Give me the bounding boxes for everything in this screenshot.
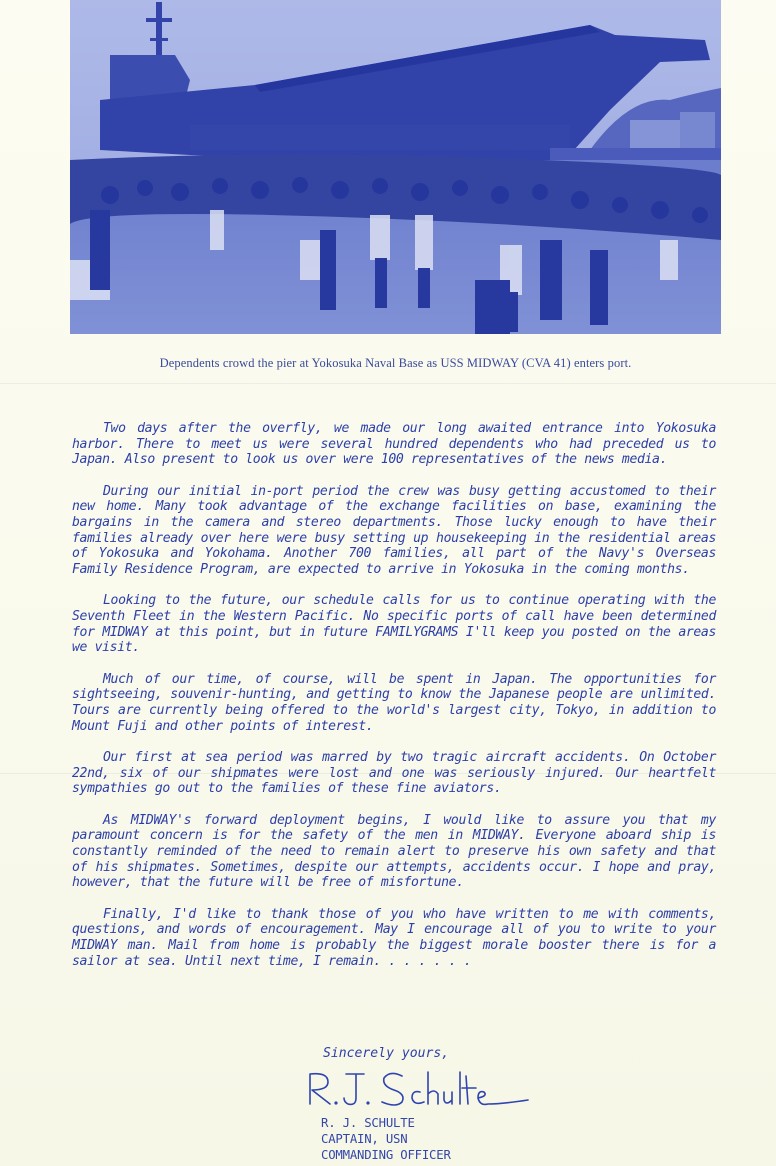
letter-page: Dependents crowd the pier at Yokosuka Na… (0, 0, 776, 1166)
paragraph-accidents: Our first at sea period was marred by tw… (72, 750, 716, 797)
photo-image-icon (70, 0, 721, 334)
paper-fold-line (0, 383, 776, 384)
paragraph-in-port: During our initial in-port period the cr… (72, 484, 716, 578)
signer-title: COMMANDING OFFICER (321, 1147, 451, 1163)
paragraph-safety: As MIDWAY's forward deployment begins, I… (72, 813, 716, 891)
paragraph-arrival: Two days after the overfly, we made our … (72, 421, 716, 468)
signature-icon (302, 1066, 532, 1114)
signer-name: R. J. SCHULTE (321, 1115, 451, 1131)
carrier-photo (70, 0, 721, 334)
paragraph-thanks: Finally, I'd like to thank those of you … (72, 907, 716, 969)
paragraph-future: Looking to the future, our schedule call… (72, 593, 716, 655)
closing-salutation: Sincerely yours, (323, 1046, 449, 1061)
letter-body: Two days after the overfly, we made our … (72, 421, 716, 985)
handwritten-signature (302, 1066, 532, 1114)
paragraph-japan: Much of our time, of course, will be spe… (72, 672, 716, 734)
signer-rank: CAPTAIN, USN (321, 1131, 451, 1147)
signer-block: R. J. SCHULTE CAPTAIN, USN COMMANDING OF… (321, 1115, 451, 1163)
photo-caption: Dependents crowd the pier at Yokosuka Na… (70, 356, 721, 371)
